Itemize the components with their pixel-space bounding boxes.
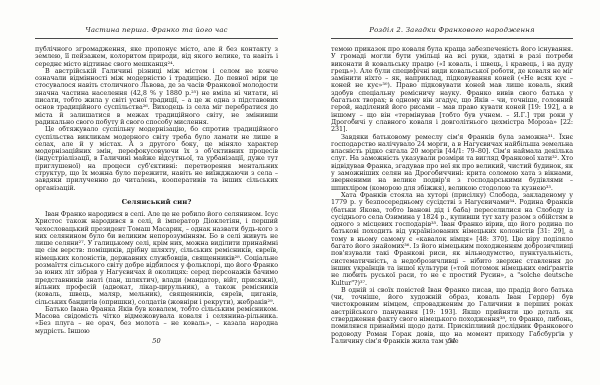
page-number-left: 50 — [35, 337, 278, 345]
paragraph: Це обтяжувало суспільну модернізацію, бо… — [35, 126, 278, 192]
paragraph: Хата Франків стояла на хуторі (присілку)… — [331, 192, 573, 287]
right-page-body: темою приказок про коваля була краща заб… — [331, 46, 573, 345]
paragraph: Батько Івана Франка Яків був ковалем, то… — [35, 306, 278, 335]
page-number-right: 51 — [331, 337, 573, 345]
paragraph: Завдяки батьковому ремеслу сім'я Франків… — [331, 134, 573, 192]
section-heading: Селянський син? — [35, 198, 278, 206]
page-right: Розділ 2. Загадки Франкового народження … — [331, 26, 573, 345]
paragraph: В австрійській Галичині різниці між міст… — [35, 68, 278, 126]
paragraph: Іван Франко народився в селі. Але це не … — [35, 211, 278, 306]
page-left: Частина перша. Франко та його час публіч… — [35, 26, 278, 335]
left-page-body: публічного згромадження, яке пропонує мі… — [35, 46, 278, 335]
paragraph: публічного згромадження, яке пропонує мі… — [35, 46, 278, 68]
running-head-left: Частина перша. Франко та його час — [35, 26, 278, 39]
running-head-right: Розділ 2. Загадки Франкового народження — [331, 26, 573, 39]
paragraph: темою приказок про коваля була краща заб… — [331, 46, 573, 134]
book-spread: Частина перша. Франко та його час публіч… — [0, 0, 600, 385]
